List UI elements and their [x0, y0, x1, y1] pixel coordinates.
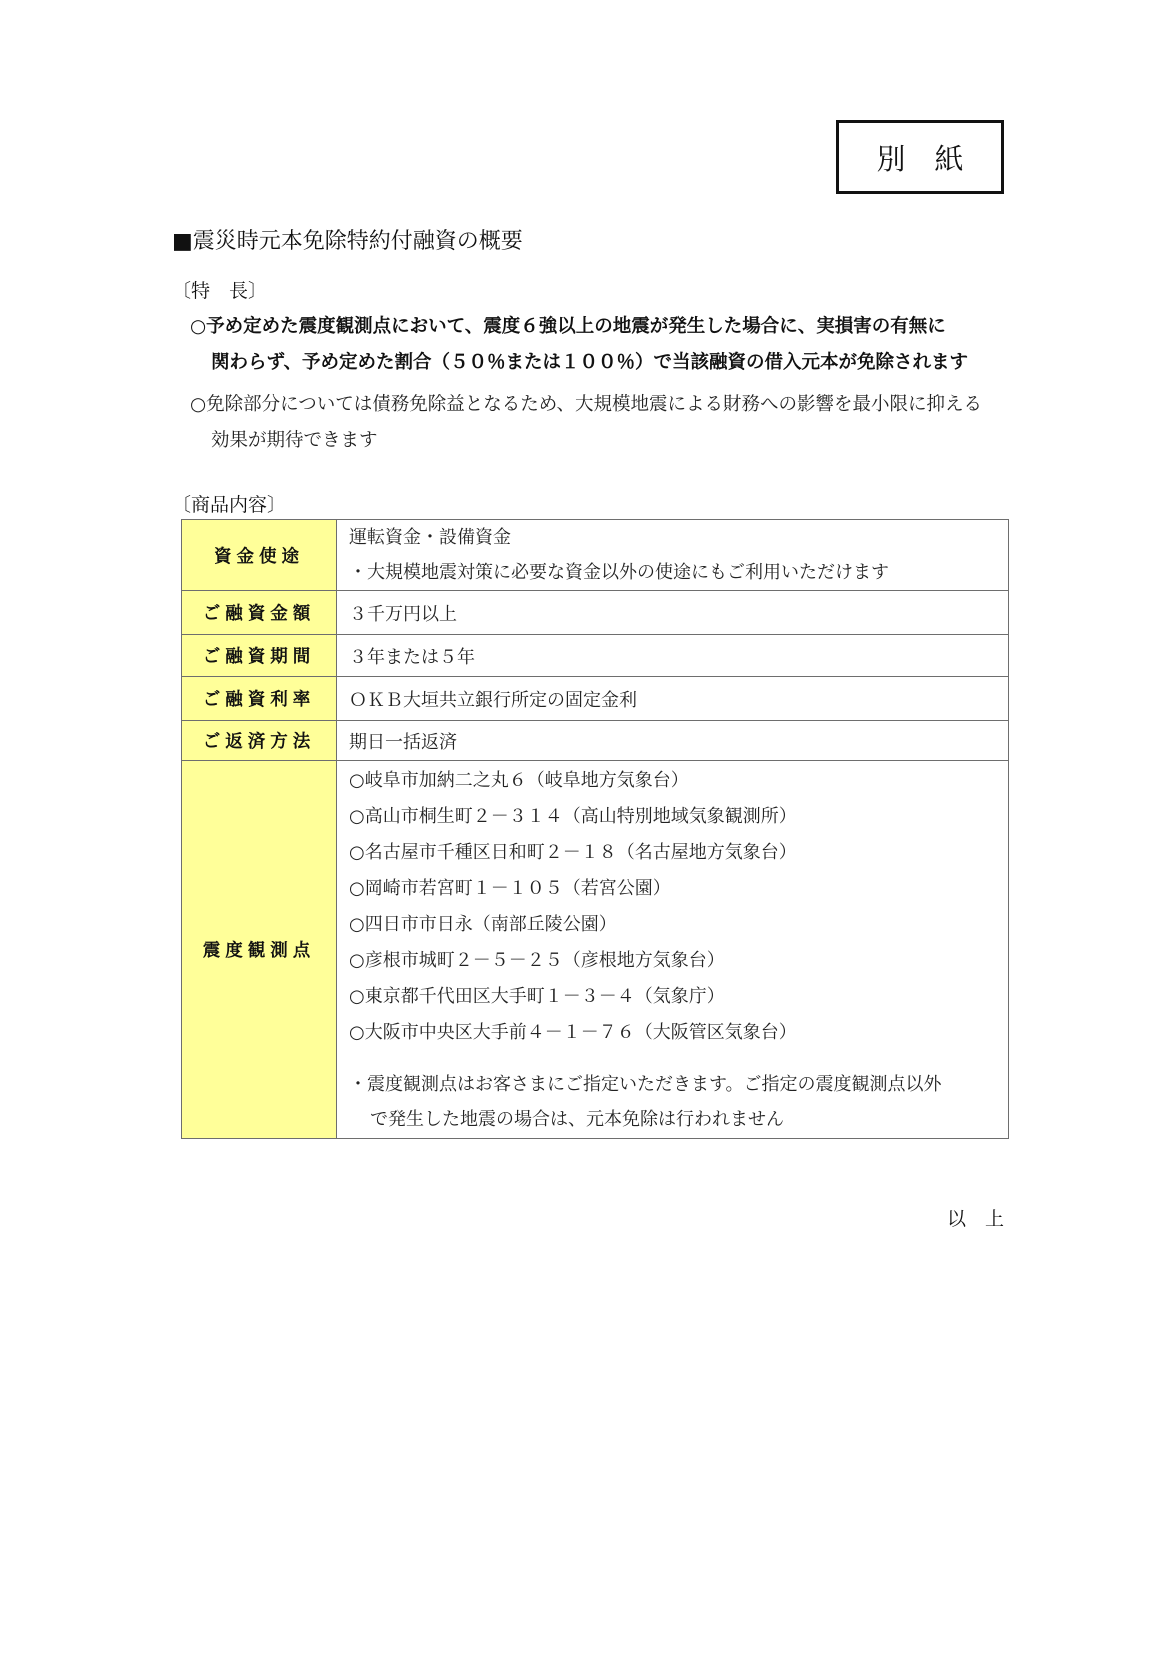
row-value: ３年または５年 [337, 635, 1009, 677]
station-item: ○名古屋市千種区日和町２－１８（名古屋地方気象台） [349, 835, 1008, 871]
feature-line: 関わらず、予め定めた割合（５０％または１００％）で当該融資の借入元本が免除されま… [190, 345, 1020, 381]
station-item: ○高山市桐生町２－３１４（高山特別地域気象観測所） [349, 799, 1008, 835]
product-spec-table: 資金使途 運転資金・設備資金 ・大規模地震対策に必要な資金以外の使途にもご利用い… [181, 519, 1009, 1139]
table-row: 震度観測点 ○岐阜市加納二之丸６（岐阜地方気象台） ○高山市桐生町２－３１４（高… [182, 761, 1009, 1139]
feature-item-principal-waiver: ○予め定めた震度観測点において、震度６強以上の地震が発生した場合に、実損害の有無… [190, 309, 1020, 381]
station-item: ○岐阜市加納二之丸６（岐阜地方気象台） [349, 763, 1008, 799]
row-label-loan-term: ご融資期間 [182, 635, 337, 677]
table-row: ご融資期間 ３年または５年 [182, 635, 1009, 677]
station-note: で発生した地震の場合は、元本免除は行われません [349, 1102, 1008, 1137]
station-item: ○四日市市日永（南部丘陵公園） [349, 907, 1008, 943]
station-item: ○大阪市中央区大手前４－１－７６（大阪管区気象台） [349, 1015, 1008, 1051]
attachment-label: 別 紙 [876, 137, 963, 178]
row-value: 運転資金・設備資金 ・大規模地震対策に必要な資金以外の使途にもご利用いただけます [337, 520, 1009, 591]
row-label-loan-amount: ご融資金額 [182, 591, 337, 635]
station-item: ○東京都千代田区大手町１－３－４（気象庁） [349, 979, 1008, 1015]
document-title: ■震災時元本免除特約付融資の概要 [172, 224, 523, 255]
station-note: ・震度観測点はお客さまにご指定いただきます。ご指定の震度観測点以外 [349, 1067, 1008, 1102]
row-label-use-of-funds: 資金使途 [182, 520, 337, 591]
feature-line: 効果が期待できます [190, 423, 1020, 459]
station-item: ○岡崎市若宮町１－１０５（若宮公園） [349, 871, 1008, 907]
row-label-interest-rate: ご融資利率 [182, 677, 337, 721]
row-label-seismic-stations: 震度観測点 [182, 761, 337, 1139]
row-value-seismic-stations: ○岐阜市加納二之丸６（岐阜地方気象台） ○高山市桐生町２－３１４（高山特別地域気… [337, 761, 1009, 1139]
closing-mark: 以 上 [947, 1204, 1004, 1231]
row-value: ＯＫＢ大垣共立銀行所定の固定金利 [337, 677, 1009, 721]
row-value: ３千万円以上 [337, 591, 1009, 635]
table-row: ご融資利率 ＯＫＢ大垣共立銀行所定の固定金利 [182, 677, 1009, 721]
row-label-repayment-method: ご返済方法 [182, 721, 337, 761]
station-item: ○彦根市城町２－５－２５（彦根地方気象台） [349, 943, 1008, 979]
feature-line: ○免除部分については債務免除益となるため、大規模地震による財務への影響を最小限に… [190, 387, 1020, 423]
feature-line: ○予め定めた震度観測点において、震度６強以上の地震が発生した場合に、実損害の有無… [190, 309, 1020, 345]
table-row: ご返済方法 期日一括返済 [182, 721, 1009, 761]
row-value: 期日一括返済 [337, 721, 1009, 761]
attachment-label-box: 別 紙 [836, 120, 1004, 194]
table-row: 資金使途 運転資金・設備資金 ・大規模地震対策に必要な資金以外の使途にもご利用い… [182, 520, 1009, 591]
table-row: ご融資金額 ３千万円以上 [182, 591, 1009, 635]
features-heading: 〔特 長〕 [172, 276, 267, 303]
feature-item-debt-forgiveness: ○免除部分については債務免除益となるため、大規模地震による財務への影響を最小限に… [190, 387, 1020, 459]
product-heading: 〔商品内容〕 [172, 490, 286, 517]
